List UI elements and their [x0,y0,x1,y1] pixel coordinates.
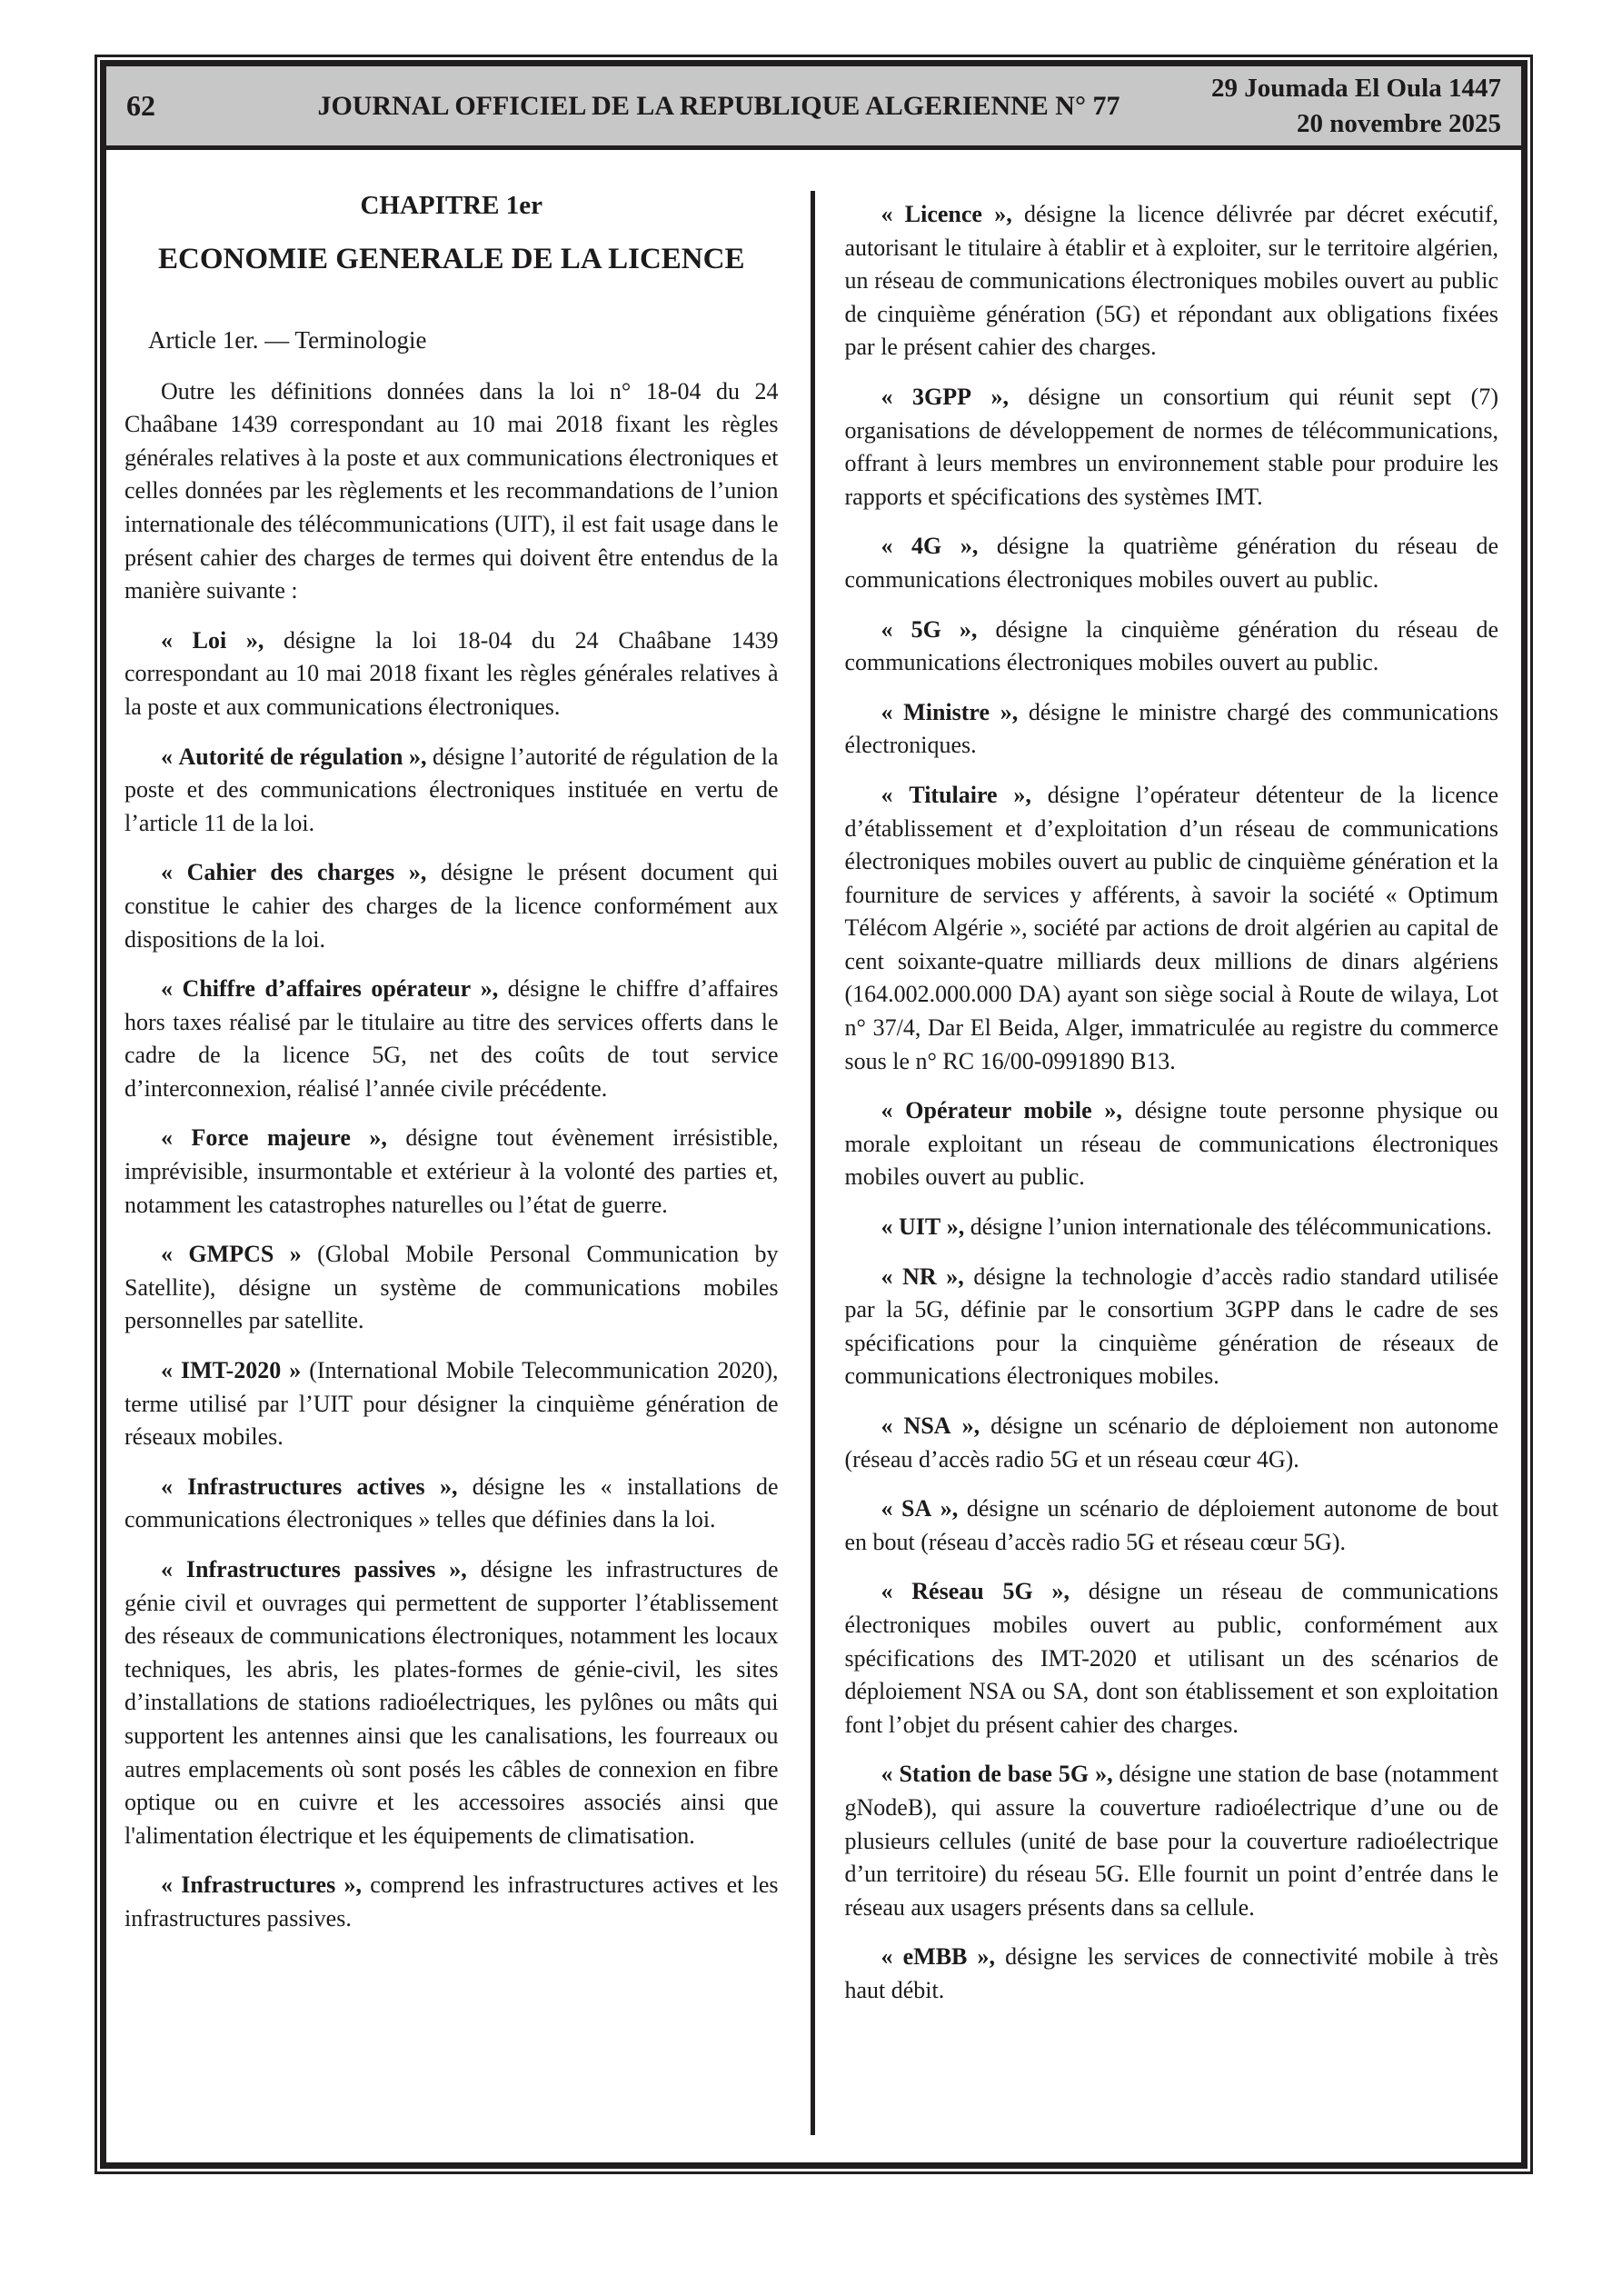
page-header: 62 JOURNAL OFFICIEL DE LA REPUBLIQUE ALG… [106,66,1521,150]
definition-term: « NR », [881,1263,964,1290]
definition-paragraph: « Chiffre d’affaires opérateur », désign… [124,973,779,1105]
definition-paragraph: « Force majeure », désigne tout évènemen… [124,1122,779,1222]
definition-text: désigne les infrastructures de génie civ… [124,1556,779,1849]
definition-paragraph: « GMPCS » (Global Mobile Personal Commun… [124,1238,779,1338]
definition-paragraph: « NR », désigne la technologie d’accès r… [845,1261,1499,1393]
page-frame: 62 JOURNAL OFFICIEL DE LA REPUBLIQUE ALG… [95,55,1533,2174]
issue-dates: 29 Joumada El Oula 1447 20 novembre 2025 [1211,71,1501,141]
definition-term: « Loi », [161,627,264,654]
definition-paragraph: « Licence », désigne la licence délivrée… [845,198,1499,364]
definition-term: « Infrastructures actives », [161,1473,457,1500]
left-column: CHAPITRE 1er ECONOMIE GENERALE DE LA LIC… [106,191,811,2162]
definition-paragraph: « Loi », désigne la loi 18-04 du 24 Chaâ… [124,624,779,724]
definition-paragraph: « eMBB », désigne les services de connec… [845,1941,1499,2007]
definition-term: « 4G », [881,533,979,559]
definition-term: « Station de base 5G », [881,1761,1113,1787]
definition-term: « Ministre », [881,699,1019,725]
definition-term: « IMT-2020 » [161,1357,301,1383]
page-number: 62 [126,89,226,123]
definition-term: « UIT », [881,1213,965,1240]
definition-paragraph: « Titulaire », désigne l’opérateur déten… [845,779,1499,1078]
definition-paragraph: « Station de base 5G », désigne une stat… [845,1758,1499,1924]
definition-paragraph: « Infrastructures passives », désigne le… [124,1553,779,1852]
definition-term: « Cahier des charges », [161,859,426,885]
definition-text: désigne l’opérateur détenteur de la lice… [845,782,1499,1074]
definition-paragraph: « Infrastructures », comprend les infras… [124,1869,779,1935]
definition-paragraph: « Infrastructures actives », désigne les… [124,1471,779,1537]
chapter-heading: CHAPITRE 1er [124,191,779,221]
definition-term: « 3GPP », [881,384,1010,410]
definition-paragraph: « SA », désigne un scénario de déploieme… [845,1492,1499,1559]
chapter-title: ECONOMIE GENERALE DE LA LICENCE [124,243,779,276]
definition-term: « eMBB », [881,1943,996,1970]
definition-term: « GMPCS » [161,1241,302,1267]
definition-text: désigne l’union internationale des téléc… [964,1213,1492,1240]
definition-term: « Chiffre d’affaires opérateur », [161,975,498,1002]
definition-paragraph: « UIT », désigne l’union internationale … [845,1211,1499,1244]
definition-term: « 5G », [881,616,978,643]
definition-term: « Titulaire », [881,782,1031,808]
definition-term: « Autorité de régulation », [161,744,427,770]
definition-term: « Licence », [881,201,1012,227]
definition-paragraph: « Autorité de régulation », désigne l’au… [124,741,779,841]
definition-paragraph: « Cahier des charges », désigne le prése… [124,856,779,956]
right-column: « Licence », désigne la licence délivrée… [815,191,1522,2162]
definition-paragraph: « Réseau 5G », désigne un réseau de comm… [845,1575,1499,1742]
definition-paragraph: « 5G », désigne la cinquième génération … [845,614,1499,680]
journal-title: JOURNAL OFFICIEL DE LA REPUBLIQUE ALGERI… [226,91,1211,122]
definition-term: « Infrastructures passives », [161,1556,467,1582]
definition-paragraph: « 4G », désigne la quatrième génération … [845,530,1499,596]
definition-term: « Opérateur mobile », [881,1097,1122,1123]
article-heading: Article 1er. — Terminologie [124,324,779,357]
definition-paragraph: « NSA », désigne un scénario de déploiem… [845,1410,1499,1476]
definition-term: « Force majeure », [161,1124,387,1151]
definition-paragraph: « IMT-2020 » (International Mobile Telec… [124,1354,779,1454]
intro-paragraph: Outre les définitions données dans la lo… [124,375,779,608]
page-frame-inner: 62 JOURNAL OFFICIEL DE LA REPUBLIQUE ALG… [100,60,1527,2169]
definition-term: « Infrastructures », [161,1872,362,1898]
definition-term: « Réseau 5G », [881,1578,1070,1604]
definition-term: « NSA », [881,1413,980,1439]
definition-term: « SA », [881,1495,959,1522]
definition-paragraph: « Ministre », désigne le ministre chargé… [845,696,1499,763]
hijri-date: 29 Joumada El Oula 1447 [1211,71,1501,105]
gregorian-date: 20 novembre 2025 [1211,106,1501,141]
page-body: CHAPITRE 1er ECONOMIE GENERALE DE LA LIC… [106,150,1521,2162]
definition-paragraph: « 3GPP », désigne un consortium qui réun… [845,381,1499,514]
definition-paragraph: « Opérateur mobile », désigne toute pers… [845,1094,1499,1194]
